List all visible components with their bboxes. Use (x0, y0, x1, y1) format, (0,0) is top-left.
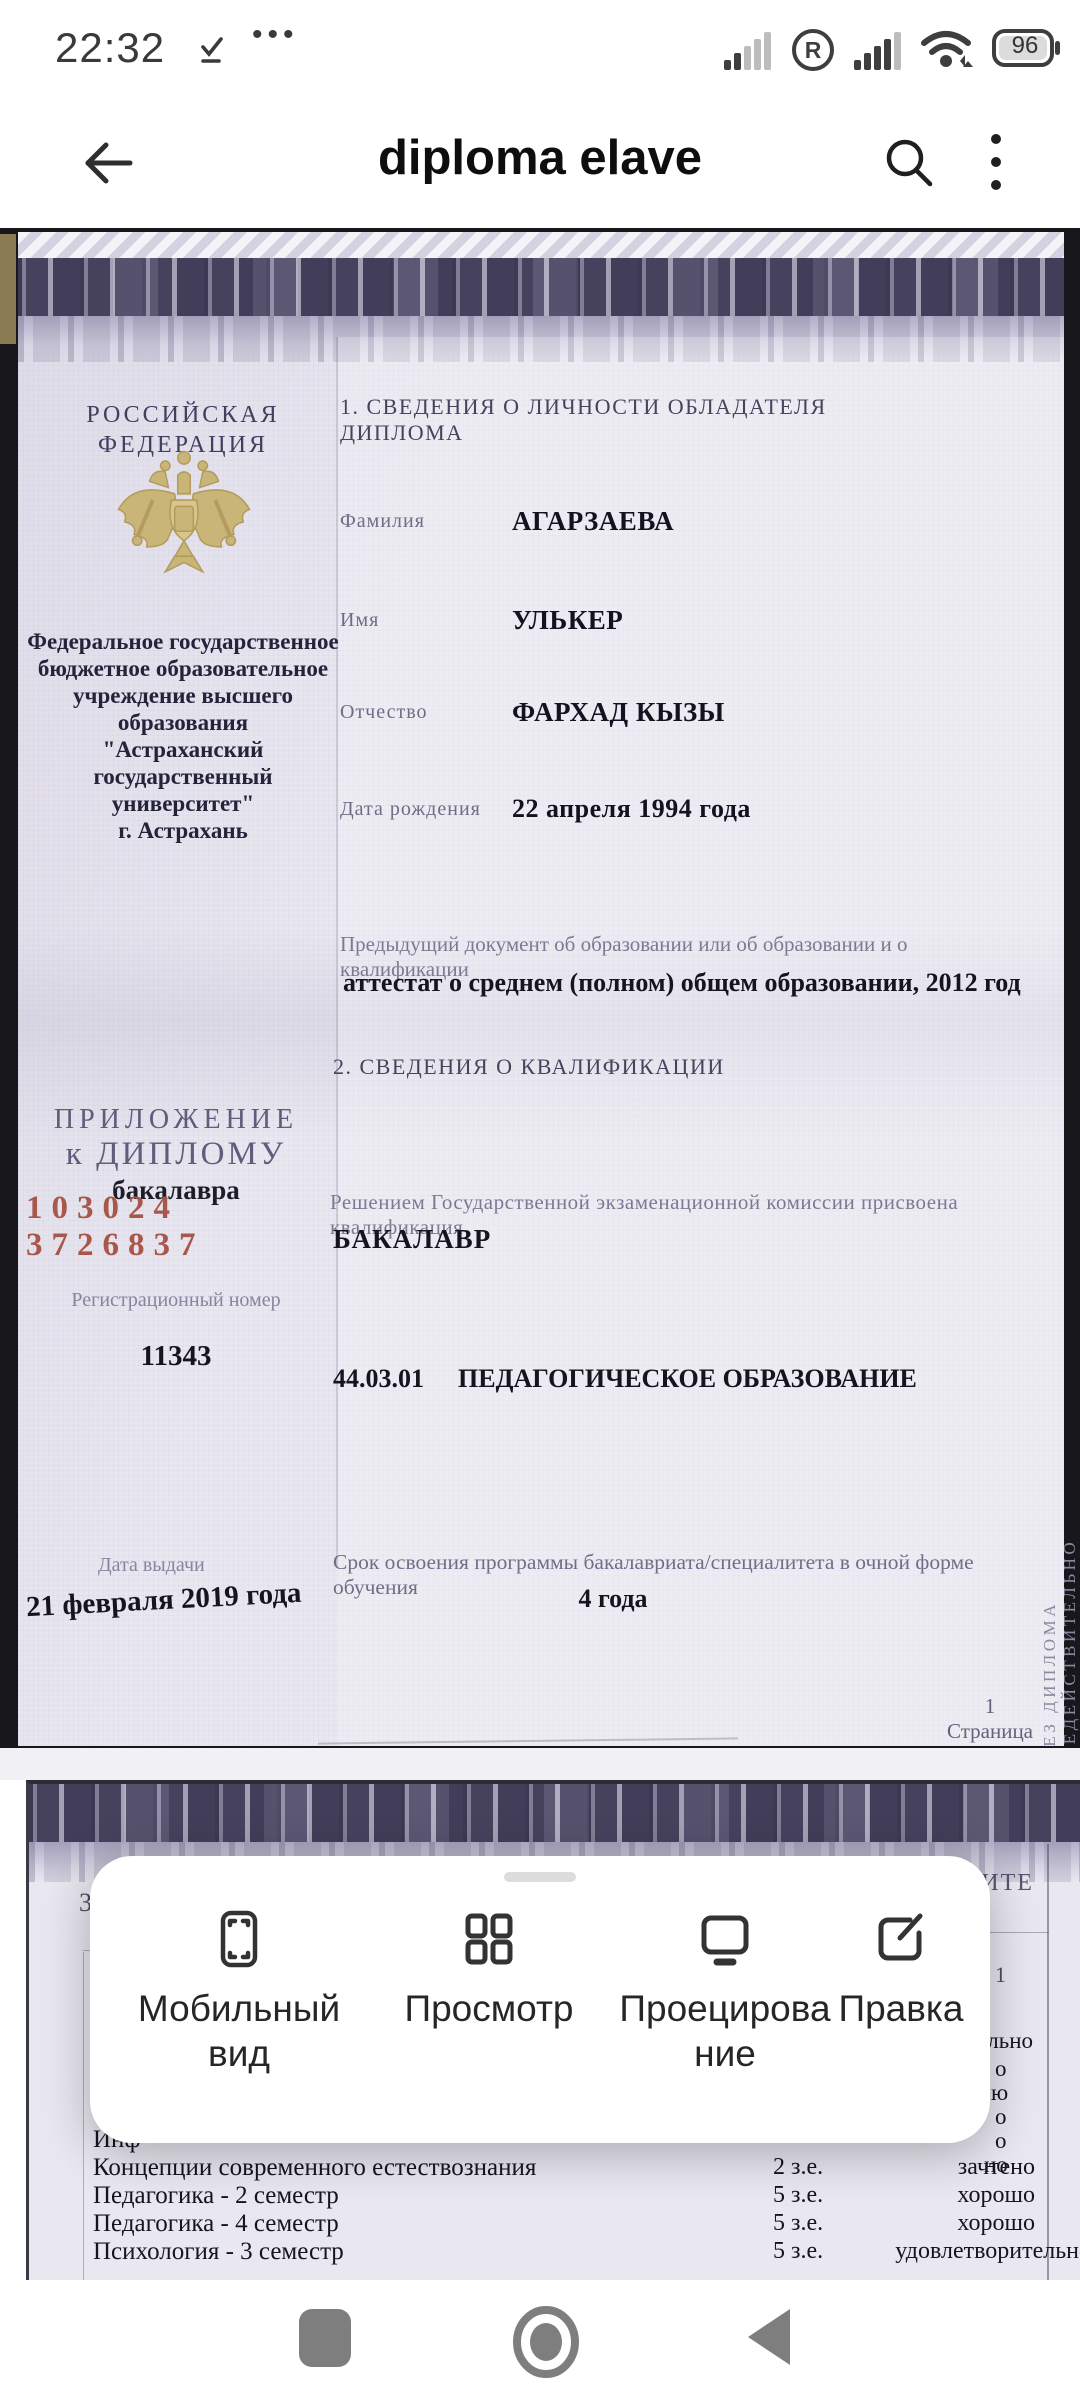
status-icons-cluster: R 96 (722, 20, 1062, 80)
battery-icon: 96 (992, 25, 1062, 76)
signal-bars-sim2-icon (852, 28, 904, 72)
back-triangle-icon[interactable] (744, 2306, 794, 2368)
option-edit[interactable]: Правка (836, 1908, 966, 2076)
option-label: Проецирование (619, 1986, 831, 2076)
kebab-menu-icon[interactable] (990, 134, 1002, 203)
grade-fragment: о (995, 2056, 1007, 2082)
check-underline-icon (195, 34, 229, 73)
grade-fragment: ю (991, 2080, 1008, 2106)
guilloche-stripe-top (18, 232, 1064, 260)
program-line: 44.03.01ПЕДАГОГИЧЕСКОЕ ОБРАЗОВАНИЕ (333, 1364, 917, 1394)
option-preview[interactable]: Просмотр (364, 1908, 614, 2076)
coat-of-arms-eagle-icon (104, 447, 264, 603)
grid-view-icon (458, 1908, 520, 1970)
duration-label: Срок освоения программы бакалавриата/спе… (333, 1550, 1023, 1600)
recents-square-icon[interactable] (296, 2306, 354, 2370)
wifi-icon (920, 27, 976, 73)
option-label: Просмотр (405, 1986, 574, 2031)
option-mobile-view[interactable]: Мобильный вид (114, 1908, 364, 2076)
guilloche-border-dark-2 (29, 1784, 1080, 1842)
qualification-value: БАКАЛАВР (333, 1224, 491, 1255)
status-bar: 22:32 ••• R (0, 0, 1080, 100)
guilloche-border-dark (18, 258, 1064, 316)
photo-background-sliver (0, 234, 16, 344)
mobile-view-icon (208, 1908, 270, 1970)
home-circle-icon[interactable] (512, 2306, 580, 2378)
sheet-options: Мобильный вид Просмотр Проецирование (114, 1908, 966, 2076)
section1-heading: 1. СВЕДЕНИЯ О ЛИЧНОСТИ ОБЛАДАТЕЛЯ ДИПЛОМ… (340, 394, 860, 446)
field-birthdate: Дата рождения 22 апреля 1994 года (340, 798, 1060, 821)
battery-percent: 96 (1002, 32, 1048, 60)
document-page-1[interactable]: РОССИЙСКАЯ ФЕДЕРАЦИЯ (0, 228, 1080, 1748)
serial-number: 103024 3726837 (26, 1190, 326, 1264)
table-row: Концепции современного естествознания 2 … (93, 2154, 1080, 2184)
field-patronymic: Отчество ФАРХАД КЫЗЫ (340, 701, 1060, 724)
more-notifications-dots-icon: ••• (252, 18, 299, 52)
page-number: 1 Страница (930, 1694, 1050, 1744)
duration-value: 4 года (558, 1584, 668, 1614)
bottom-sheet: Мобильный вид Просмотр Проецирование (90, 1856, 990, 2143)
phone-screen: 22:32 ••• R (0, 0, 1080, 2400)
issue-date-label: Дата выдачи (98, 1554, 205, 1577)
page2-small-fragment: 1 (995, 1962, 1006, 1988)
previous-document-value: аттестат о среднем (полном) общем образо… (343, 968, 1023, 998)
table-row: Психология - 3 семестр 5 з.е. удовлетвор… (93, 2238, 1080, 2268)
diploma-paper: РОССИЙСКАЯ ФЕДЕРАЦИЯ (18, 232, 1064, 1746)
sheet-drag-handle[interactable] (504, 1872, 576, 1882)
registration-number-label: Регистрационный номер (26, 1288, 326, 1312)
issue-date-value: 21 февраля 2019 года (25, 1577, 302, 1624)
page-gap (0, 1748, 1080, 1780)
projection-icon (694, 1908, 756, 1970)
search-icon[interactable] (878, 132, 940, 199)
university-name: Федеральное государственное бюджетное об… (18, 628, 348, 844)
registration-number-value: 11343 (26, 1340, 326, 1373)
edit-icon (870, 1908, 932, 1970)
option-label: Правка (839, 1986, 964, 2031)
table-row: Педагогика - 4 семестр 5 з.е. хорошо (93, 2210, 1080, 2240)
option-label: Мобильный вид (124, 1986, 354, 2076)
signal-bars-sim1-icon (722, 28, 774, 72)
clock: 22:32 (55, 24, 165, 72)
navigation-bar (0, 2280, 1080, 2400)
app-bar: diploma elave (0, 100, 1080, 228)
roaming-r-icon: R (790, 27, 836, 73)
field-name: Имя УЛЬКЕР (340, 609, 1060, 632)
table-row: Педагогика - 2 семестр 5 з.е. хорошо (93, 2182, 1080, 2212)
svg-text:R: R (805, 37, 822, 63)
field-surname: Фамилия АГАРЗАЕВА (340, 510, 1060, 533)
section2-heading: 2. СВЕДЕНИЯ О КВАЛИФИКАЦИИ (333, 1054, 753, 1080)
option-projection[interactable]: Проецирование (614, 1908, 836, 2076)
